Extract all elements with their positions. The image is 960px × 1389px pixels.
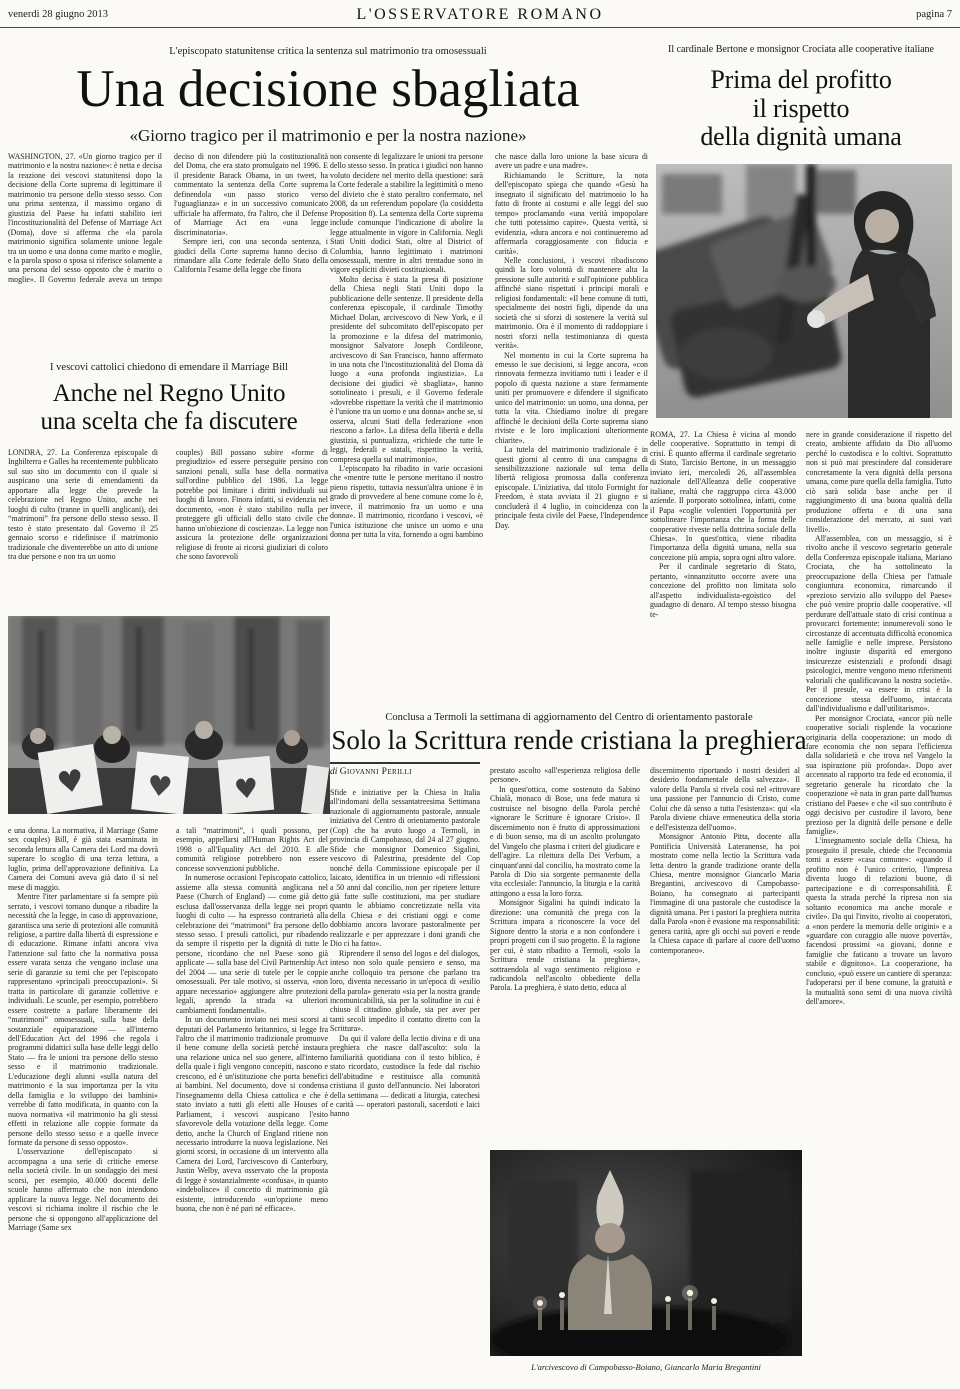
uk-article-col2-bottom: a tali “matrimoni”, i quali possono, per… [176, 826, 328, 1383]
page-number: pagina 7 [916, 9, 952, 20]
protest-photo: ♥ ♥ ♥ [8, 616, 330, 814]
byline-author: Giovanni Perilli [340, 767, 412, 777]
svg-text:♥: ♥ [233, 773, 260, 806]
coop-headline-line2: il rispetto [650, 95, 952, 124]
coop-headline-line3: della dignità umana [650, 123, 952, 152]
scrittura-article-headline: Solo la Scrittura rende cristiana la pre… [318, 725, 820, 756]
uk-article-col2-top: couples) Bill possano subire «forme di p… [176, 448, 328, 614]
uk-article-headline: Anche nel Regno Unito una scelta che fa … [8, 380, 330, 436]
uk-article-col1-bottom: e una donna. La normativa, il Marriage (… [8, 826, 158, 1383]
byline: di Giovanni Perilli [330, 767, 480, 777]
us-article-headline: Una decisione sbagliata [8, 62, 648, 116]
uk-headline-line2: una scelta che fa discutere [8, 408, 330, 436]
svg-text:♥: ♥ [55, 763, 87, 802]
uk-article-kicker: I vescovi cattolici chiedono di emendare… [8, 362, 330, 373]
coop-headline-line1: Prima del profitto [650, 66, 952, 95]
newspaper-page: venerdì 28 giugno 2013 L'OSSERVATORE ROM… [0, 0, 960, 1389]
scrittura-col1: Sfide e iniziative per la Chiesa in Ital… [330, 788, 480, 1383]
coop-article-headline: Prima del profitto il rispetto della dig… [650, 66, 952, 152]
byline-prefix: di [330, 767, 337, 777]
byline-rule [330, 762, 480, 764]
uk-article-col1-top: LONDRA, 27. La Conferenza episcopale di … [8, 448, 158, 614]
factory-photo [656, 164, 952, 418]
us-article-kicker: L'episcopato statunitense critica la sen… [8, 46, 648, 57]
bregantini-photo [490, 1150, 802, 1356]
header-rule [0, 27, 960, 28]
svg-text:♥: ♥ [146, 769, 174, 804]
us-article-body-columns-3-4: non consente di legalizzare le unioni tr… [330, 152, 648, 692]
photo-caption: L'arcivescovo di Campobasso-Boiano, Gian… [478, 1362, 814, 1372]
masthead: L'OSSERVATORE ROMANO [0, 6, 960, 24]
scrittura-article-kicker: Conclusa a Termoli la settimana di aggio… [330, 712, 808, 723]
uk-headline-line1: Anche nel Regno Unito [8, 380, 330, 408]
scrittura-col2: prestato ascolto «all'esperienza religio… [490, 766, 640, 1146]
coop-article-kicker: Il cardinale Bertone e monsignor Crociat… [650, 44, 952, 55]
us-article-subtitle: «Giorno tragico per il matrimonio e per … [8, 126, 648, 146]
coop-article-col-a: ROMA, 27. La Chiesa è vicina al mondo de… [650, 430, 796, 698]
scrittura-col3: discernimento riportando i nostri deside… [650, 766, 800, 1146]
coop-article-col-b: nere in grande considerazione il rispett… [806, 430, 952, 1383]
us-article-body-columns-1-2: WASHINGTON, 27. «Un giorno tragico per i… [8, 152, 328, 356]
